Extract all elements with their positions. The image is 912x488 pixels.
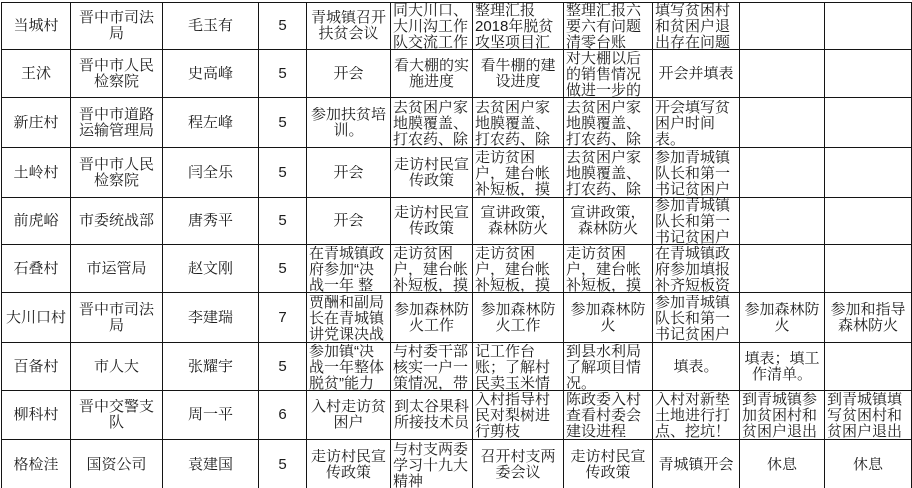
cell-text: 土岭村 — [4, 165, 68, 181]
table-cell: 宣讲政策，森林防火 — [473, 198, 564, 245]
cell-text: 周一平 — [165, 407, 256, 423]
table-cell: 晋中市道路运输管理局 — [71, 98, 163, 148]
cell-text: 休息 — [827, 457, 909, 473]
cell-text: 整理汇报六要六有问题清零台账 — [566, 3, 650, 49]
table-cell: 宣讲政策，森林防火 — [564, 198, 653, 245]
cell-text: 与村支两委学习十九大精神 — [393, 442, 470, 488]
table-cell: 参加森林防火 — [740, 293, 825, 343]
cell-text: 市人大 — [73, 359, 160, 375]
cell-text: 程左峰 — [165, 115, 256, 131]
table-row: 格检洼国资公司袁建国5走访村民宣传政策与村支两委学习十九大精神召开村支两委会议走… — [2, 440, 912, 488]
cell-text: 参加和指导森林防火 — [827, 302, 909, 334]
table-cell: 记工作台账；了解村民卖玉米情况 — [473, 343, 564, 391]
cell-text: 去贫困户家地膜覆盖、打农药、除草 — [566, 100, 650, 146]
table-cell: 5 — [259, 50, 307, 98]
cell-text: 在青城镇政府参加填报补齐短板资料 — [655, 246, 737, 292]
cell-text: 同大川口、大川沟工作队交流工作 — [393, 3, 470, 49]
work-log-table: 当城村晋中市司法局毛玉有5青城镇召开扶贫会议同大川口、大川沟工作队交流工作整理汇… — [1, 2, 912, 488]
table-cell — [740, 50, 825, 98]
cell-text: 走访贫困户，建台帐补短板，摸底 — [566, 246, 650, 292]
table-cell — [825, 98, 912, 148]
table-cell: 入村对新垫土地进行打点、挖坑！ — [653, 391, 740, 440]
cell-text: 参加青城镇队长和第一书记贫困户退出会议 — [655, 198, 737, 244]
table-row: 新庄村晋中市道路运输管理局程左峰5参加扶贫培训。去贫困户家地膜覆盖、打农药、除草… — [2, 98, 912, 148]
table-cell: 陈政委入村查看村委会建设进程 — [564, 391, 653, 440]
table-cell: 填写贫困村和贫困户退出存在问题 — [653, 3, 740, 50]
cell-text: 去贫困户家地膜覆盖、打农药、除草 — [566, 150, 650, 196]
table-cell: 走访村民宣传政策 — [307, 440, 391, 488]
cell-text: 国资公司 — [73, 457, 160, 473]
table-cell: 走访贫困户，建台帐补短板，摸底 — [391, 245, 473, 293]
table-cell — [825, 198, 912, 245]
table-cell: 参加镇“决战一年整体脱贫”能力 — [307, 343, 391, 391]
cell-text: 与村委干部核实一户一策情况，带 — [393, 344, 470, 390]
table-cell: 市人大 — [71, 343, 163, 391]
cell-text: 走访贫困户，建台帐补短板，摸底 — [393, 246, 470, 292]
table-cell: 7 — [259, 293, 307, 343]
cell-text: 开会填写贫困户时间表。 — [655, 100, 737, 146]
cell-text: 晋中市人民检察院 — [73, 58, 160, 90]
cell-text: 新庄村 — [4, 115, 68, 131]
table-row: 土岭村晋中市人民检察院闫全乐5开会走访村民宣传政策走访贫困户，建台帐补短板，摸底… — [2, 148, 912, 198]
table-cell: 开会 — [307, 198, 391, 245]
table-cell: 王沭 — [2, 50, 71, 98]
cell-text: 开会 — [309, 66, 388, 82]
cell-text: 大川口村 — [4, 310, 68, 326]
cell-text: 晋中市人民检察院 — [73, 157, 160, 189]
table-body: 当城村晋中市司法局毛玉有5青城镇召开扶贫会议同大川口、大川沟工作队交流工作整理汇… — [2, 3, 912, 488]
table-cell: 5 — [259, 440, 307, 488]
table-cell: 参加和指导森林防火 — [825, 293, 912, 343]
cell-text: 在青城镇政府参加“决战一年 整体脱贫” — [309, 246, 388, 292]
table-cell: 填表。 — [653, 343, 740, 391]
table-cell — [825, 343, 912, 391]
table-cell: 整理汇报六要六有问题清零台账 — [564, 3, 653, 50]
cell-text: 整理汇报2018年脱贫攻坚项目汇报 — [475, 3, 561, 49]
table-cell — [825, 3, 912, 50]
table-cell: 入村指导村民对梨树进行剪枝 — [473, 391, 564, 440]
table-cell: 参加森林防火工作 — [391, 293, 473, 343]
cell-text: 开会 — [309, 165, 388, 181]
cell-text: 宣讲政策，森林防火 — [475, 205, 561, 237]
table-cell: 大川口村 — [2, 293, 71, 343]
table-cell: 周一平 — [163, 391, 259, 440]
cell-text: 5 — [261, 457, 304, 473]
table-cell — [740, 245, 825, 293]
table-cell: 前虎峪 — [2, 198, 71, 245]
cell-text: 王沭 — [4, 66, 68, 82]
table-cell: 到青城镇填写贫困村和贫困户退出 — [825, 391, 912, 440]
table-cell: 青城镇召开扶贫会议 — [307, 3, 391, 50]
table-cell: 对大棚以后的销售情况做进一步的 — [564, 50, 653, 98]
table-cell: 看大棚的实施进度 — [391, 50, 473, 98]
table-cell — [825, 148, 912, 198]
table-cell: 参加森林防火 — [564, 293, 653, 343]
cell-text: 入村指导村民对梨树进行剪枝 — [475, 392, 561, 438]
cell-text: 参加青城镇队长和第一书记贫困户退出会议 — [655, 150, 737, 196]
table-cell: 走访贫困户，建台帐补短板，摸底 — [473, 245, 564, 293]
cell-text: 走访贫困户，建台帐补短板，摸底 — [475, 246, 561, 292]
table-cell: 石叠村 — [2, 245, 71, 293]
table-cell: 袁建国 — [163, 440, 259, 488]
table-cell: 格检洼 — [2, 440, 71, 488]
table-cell: 6 — [259, 391, 307, 440]
cell-text: 对大棚以后的销售情况做进一步的 — [566, 51, 650, 97]
table-cell: 百备村 — [2, 343, 71, 391]
cell-text: 5 — [261, 115, 304, 131]
cell-text: 入村对新垫土地进行打点、挖坑！ — [655, 392, 737, 438]
table-cell: 唐秀平 — [163, 198, 259, 245]
cell-text: 参加青城镇队长和第一书记贫困户退出会议 — [655, 295, 737, 341]
table-cell: 走访贫困户，建台帐补短板，摸底 — [564, 245, 653, 293]
cell-text: 石叠村 — [4, 261, 68, 277]
table-cell: 入村走访贫困户 — [307, 391, 391, 440]
table-row: 百备村市人大张耀宇5参加镇“决战一年整体脱贫”能力与村委干部核实一户一策情况，带… — [2, 343, 912, 391]
cell-text: 入村走访贫困户 — [309, 399, 388, 431]
table-cell: 当城村 — [2, 3, 71, 50]
table-row: 石叠村市运管局赵文刚5在青城镇政府参加“决战一年 整体脱贫”走访贫困户，建台帐补… — [2, 245, 912, 293]
cell-text: 青城镇召开扶贫会议 — [309, 10, 388, 42]
table-cell: 开会填写贫困户时间表。 — [653, 98, 740, 148]
table-cell: 填表；填工作清单。 — [740, 343, 825, 391]
cell-text: 走访村民宣传政策 — [393, 205, 470, 237]
table-cell: 去贫困户家地膜覆盖、打农药、除草 — [473, 98, 564, 148]
table-cell: 到青城镇参加贫困村和贫困户退出 — [740, 391, 825, 440]
cell-text: 填写贫困村和贫困户退出存在问题 — [655, 3, 737, 49]
table-cell — [825, 50, 912, 98]
table-cell: 5 — [259, 343, 307, 391]
cell-text: 格检洼 — [4, 457, 68, 473]
table-cell: 在青城镇政府参加填报补齐短板资料 — [653, 245, 740, 293]
table-row: 前虎峪市委统战部唐秀平5开会走访村民宣传政策宣讲政策，森林防火宣讲政策，森林防火… — [2, 198, 912, 245]
cell-text: 市委统战部 — [73, 213, 160, 229]
table-cell: 张耀宇 — [163, 343, 259, 391]
cell-text: 参加镇“决战一年整体脱贫”能力 — [309, 344, 388, 390]
cell-text: 唐秀平 — [165, 213, 256, 229]
cell-text: 开会并填表 — [655, 66, 737, 82]
table-row: 大川口村晋中市司法局李建瑞7贾酬和副局长在青城镇讲党课决战参加森林防火工作参加森… — [2, 293, 912, 343]
cell-text: 参加森林防火工作 — [475, 302, 561, 334]
cell-text: 参加森林防火工作 — [393, 302, 470, 334]
table-cell: 新庄村 — [2, 98, 71, 148]
table-cell — [740, 148, 825, 198]
cell-text: 看大棚的实施进度 — [393, 58, 470, 90]
cell-text: 记工作台账；了解村民卖玉米情况 — [475, 344, 561, 390]
table-cell: 参加青城镇队长和第一书记贫困户退出会议 — [653, 293, 740, 343]
cell-text: 晋中市司法局 — [73, 302, 160, 334]
table-cell: 参加森林防火工作 — [473, 293, 564, 343]
table-cell: 与村支两委学习十九大精神 — [391, 440, 473, 488]
cell-text: 召开村支两委会议 — [475, 449, 561, 481]
cell-text: 史高峰 — [165, 66, 256, 82]
table-cell: 整理汇报2018年脱贫攻坚项目汇报 — [473, 3, 564, 50]
table-cell: 青城镇开会 — [653, 440, 740, 488]
table-cell: 开会 — [307, 148, 391, 198]
table-cell: 5 — [259, 245, 307, 293]
table-cell: 晋中市人民检察院 — [71, 148, 163, 198]
cell-text: 李建瑞 — [165, 310, 256, 326]
table-cell: 5 — [259, 98, 307, 148]
table-cell: 去贫困户家地膜覆盖、打农药、除草 — [391, 98, 473, 148]
cell-text: 去贫困户家地膜覆盖、打农药、除草 — [475, 100, 561, 146]
cell-text: 6 — [261, 407, 304, 423]
table-cell: 参加青城镇队长和第一书记贫困户退出会议 — [653, 148, 740, 198]
cell-text: 晋中交警支队 — [73, 399, 160, 431]
table-cell: 走访贫困户，建台帐补短板，摸底 — [473, 148, 564, 198]
table-cell: 休息 — [740, 440, 825, 488]
cell-text: 参加扶贫培训。 — [309, 107, 388, 139]
cell-text: 填表。 — [655, 359, 737, 375]
table-cell: 看牛棚的建设进度 — [473, 50, 564, 98]
cell-text: 走访村民宣传政策 — [566, 449, 650, 481]
table-cell: 贾酬和副局长在青城镇讲党课决战 — [307, 293, 391, 343]
table-cell: 毛玉有 — [163, 3, 259, 50]
cell-text: 宣讲政策，森林防火 — [566, 205, 650, 237]
table-cell: 同大川口、大川沟工作队交流工作 — [391, 3, 473, 50]
cell-text: 走访贫困户，建台帐补短板，摸底 — [475, 150, 561, 196]
table-cell: 去贫困户家地膜覆盖、打农药、除草 — [564, 148, 653, 198]
cell-text: 赵文刚 — [165, 261, 256, 277]
table-cell: 走访村民宣传政策 — [391, 198, 473, 245]
table-cell: 到县水利局了解项目情况。 — [564, 343, 653, 391]
table-cell: 晋中市司法局 — [71, 3, 163, 50]
cell-text: 袁建国 — [165, 457, 256, 473]
table-cell: 到太谷果科所接技术员 — [391, 391, 473, 440]
cell-text: 看牛棚的建设进度 — [475, 58, 561, 90]
table-cell: 5 — [259, 198, 307, 245]
cell-text: 青城镇开会 — [655, 457, 737, 473]
cell-text: 到青城镇参加贫困村和贫困户退出 — [742, 392, 822, 438]
table-cell: 开会 — [307, 50, 391, 98]
cell-text: 市运管局 — [73, 261, 160, 277]
table-row: 柳科村晋中交警支队周一平6入村走访贫困户到太谷果科所接技术员入村指导村民对梨树进… — [2, 391, 912, 440]
cell-text: 前虎峪 — [4, 213, 68, 229]
cell-text: 到太谷果科所接技术员 — [393, 399, 470, 431]
table-cell: 晋中交警支队 — [71, 391, 163, 440]
table-cell — [740, 3, 825, 50]
cell-text: 陈政委入村查看村委会建设进程 — [566, 392, 650, 438]
table-cell: 开会并填表 — [653, 50, 740, 98]
cell-text: 5 — [261, 213, 304, 229]
cell-text: 毛玉有 — [165, 18, 256, 34]
cell-text: 到县水利局了解项目情况。 — [566, 344, 650, 390]
table-cell — [740, 98, 825, 148]
cell-text: 到青城镇填写贫困村和贫困户退出 — [827, 392, 909, 438]
cell-text: 开会 — [309, 213, 388, 229]
table-cell: 走访村民宣传政策 — [564, 440, 653, 488]
table-cell: 5 — [259, 3, 307, 50]
table-cell: 晋中市司法局 — [71, 293, 163, 343]
table-cell: 参加青城镇队长和第一书记贫困户退出会议 — [653, 198, 740, 245]
cell-text: 张耀宇 — [165, 359, 256, 375]
table-cell: 赵文刚 — [163, 245, 259, 293]
cell-text: 柳科村 — [4, 407, 68, 423]
table-cell: 李建瑞 — [163, 293, 259, 343]
table-cell: 晋中市人民检察院 — [71, 50, 163, 98]
table-cell: 市运管局 — [71, 245, 163, 293]
table-row: 当城村晋中市司法局毛玉有5青城镇召开扶贫会议同大川口、大川沟工作队交流工作整理汇… — [2, 3, 912, 50]
cell-text: 休息 — [742, 457, 822, 473]
table-cell: 土岭村 — [2, 148, 71, 198]
cell-text: 参加森林防火 — [742, 302, 822, 334]
cell-text: 填表；填工作清单。 — [742, 351, 822, 383]
table-cell — [740, 198, 825, 245]
table-cell: 去贫困户家地膜覆盖、打农药、除草 — [564, 98, 653, 148]
cell-text: 走访村民宣传政策 — [393, 157, 470, 189]
cell-text: 参加森林防火 — [566, 302, 650, 334]
cell-text: 7 — [261, 310, 304, 326]
cell-text: 晋中市司法局 — [73, 10, 160, 42]
cell-text: 贾酬和副局长在青城镇讲党课决战 — [309, 295, 388, 341]
table-cell: 史高峰 — [163, 50, 259, 98]
table-cell: 程左峰 — [163, 98, 259, 148]
cell-text: 5 — [261, 66, 304, 82]
cell-text: 5 — [261, 18, 304, 34]
table-cell: 召开村支两委会议 — [473, 440, 564, 488]
cell-text: 闫全乐 — [165, 165, 256, 181]
cell-text: 走访村民宣传政策 — [309, 449, 388, 481]
table-cell: 休息 — [825, 440, 912, 488]
table-cell: 参加扶贫培训。 — [307, 98, 391, 148]
cell-text: 晋中市道路运输管理局 — [73, 107, 160, 139]
cell-text: 5 — [261, 165, 304, 181]
cell-text: 5 — [261, 359, 304, 375]
table-cell: 在青城镇政府参加“决战一年 整体脱贫” — [307, 245, 391, 293]
table-cell: 市委统战部 — [71, 198, 163, 245]
table-cell: 国资公司 — [71, 440, 163, 488]
table-cell: 与村委干部核实一户一策情况，带 — [391, 343, 473, 391]
cell-text: 当城村 — [4, 18, 68, 34]
cell-text: 5 — [261, 261, 304, 277]
cell-text: 去贫困户家地膜覆盖、打农药、除草 — [393, 100, 470, 146]
table-cell: 5 — [259, 148, 307, 198]
table-cell — [825, 245, 912, 293]
table-row: 王沭晋中市人民检察院史高峰5开会看大棚的实施进度看牛棚的建设进度对大棚以后的销售… — [2, 50, 912, 98]
table-cell: 走访村民宣传政策 — [391, 148, 473, 198]
cell-text: 百备村 — [4, 359, 68, 375]
table-cell: 柳科村 — [2, 391, 71, 440]
table-cell: 闫全乐 — [163, 148, 259, 198]
